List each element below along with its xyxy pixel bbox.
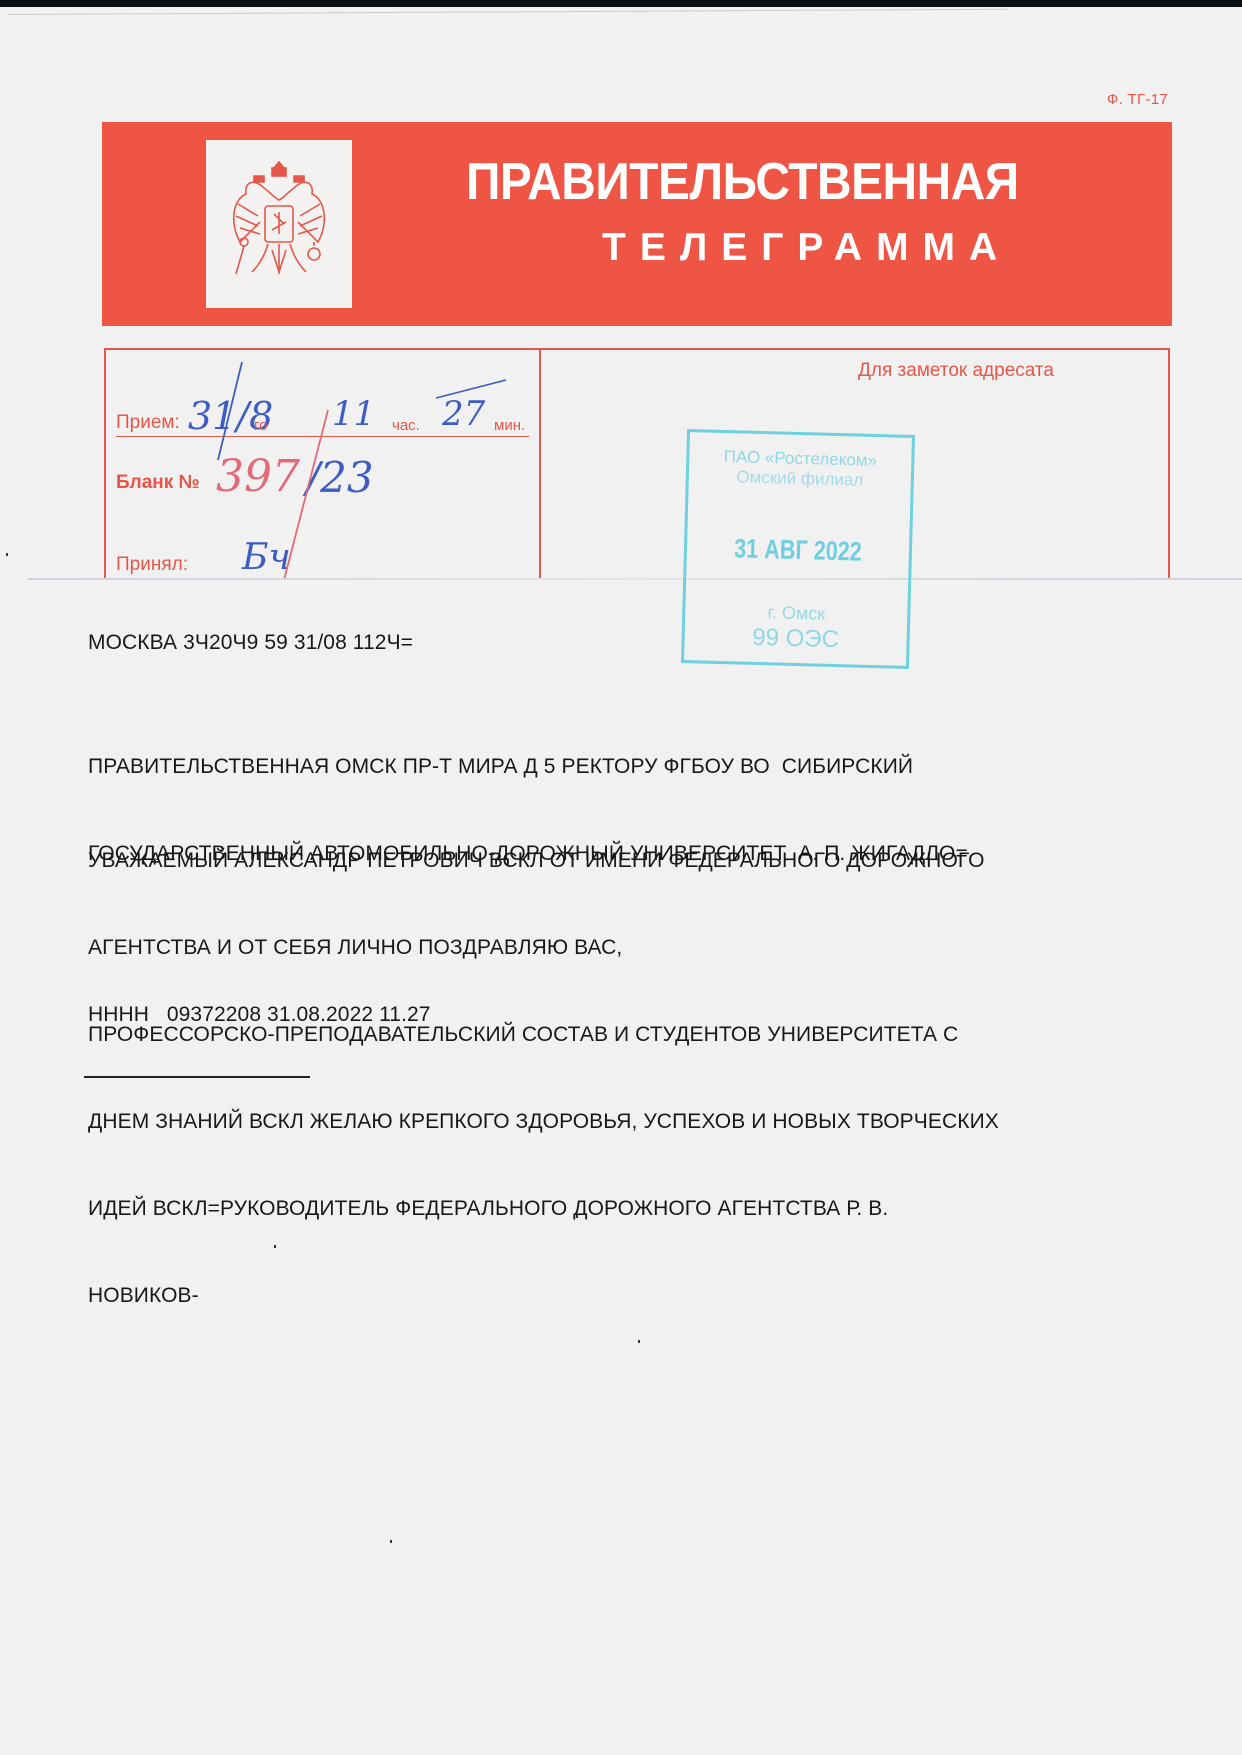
scan-speck [274, 1245, 276, 1248]
address-line: ПРАВИТЕЛЬСТВЕННАЯ ОМСК ПР-Т МИРА Д 5 РЕК… [88, 752, 968, 781]
telegram-body: УВАЖАЕМЫЙ АЛЕКСАНДР ПЕТРОВИЧ ВСКЛ ОТ ИМЕ… [88, 788, 999, 1339]
body-line: ИДЕЙ ВСКЛ=РУКОВОДИТЕЛЬ ФЕДЕРАЛЬНОГО ДОРО… [88, 1194, 999, 1223]
reception-details: Прием: 31/8 го 11 час. 27 мин. Бланк № 3… [106, 350, 539, 580]
reception-form: Прием: 31/8 го 11 час. 27 мин. Бланк № 3… [104, 348, 1170, 578]
scan-speck [390, 1540, 392, 1543]
scan-speck [576, 1215, 578, 1218]
stamp-office: 99 ОЭС [684, 622, 907, 656]
form-code: Ф. ТГ-17 [1107, 91, 1168, 108]
banner-title: ПРАВИТЕЛЬСТВЕННАЯ [466, 152, 1019, 212]
stamp-date: 31 АВГ 2022 [709, 533, 887, 569]
banner-subtitle: ТЕЛЕГРАММА [602, 226, 1011, 270]
rostelecom-stamp: ПАО «Ростелеком» Омский филиал 31 АВГ 20… [681, 429, 915, 669]
body-line: ДНЕМ ЗНАНИЙ ВСКЛ ЖЕЛАЮ КРЕПКОГО ЗДОРОВЬЯ… [88, 1107, 999, 1136]
paper-tear-edge [28, 578, 1242, 580]
telegram-footer: НННН 09372208 31.08.2022 11.27 [88, 1000, 431, 1029]
notes-label: Для заметок адресата [756, 360, 1156, 382]
scan-top-edge [0, 0, 1242, 7]
russian-coat-of-arms-icon [224, 154, 334, 294]
signature-line [84, 1076, 310, 1078]
form-divider [539, 350, 541, 580]
scan-speck [638, 1340, 640, 1343]
body-line: НОВИКОВ- [88, 1281, 999, 1310]
emblem-box [206, 140, 352, 308]
body-line: УВАЖАЕМЫЙ АЛЕКСАНДР ПЕТРОВИЧ ВСКЛ ОТ ИМЕ… [88, 846, 999, 875]
body-line: АГЕНТСТВА И ОТ СЕБЯ ЛИЧНО ПОЗДРАВЛЯЮ ВАС… [88, 933, 999, 962]
scan-line [8, 9, 1008, 15]
scan-speck [6, 553, 8, 556]
handwritten-strokes [106, 350, 539, 580]
telegram-header: МОСКВА 3Ч20Ч9 59 31/08 112Ч= [88, 628, 413, 657]
telegram-banner: ПРАВИТЕЛЬСТВЕННАЯ ТЕЛЕГРАММА [102, 122, 1172, 326]
